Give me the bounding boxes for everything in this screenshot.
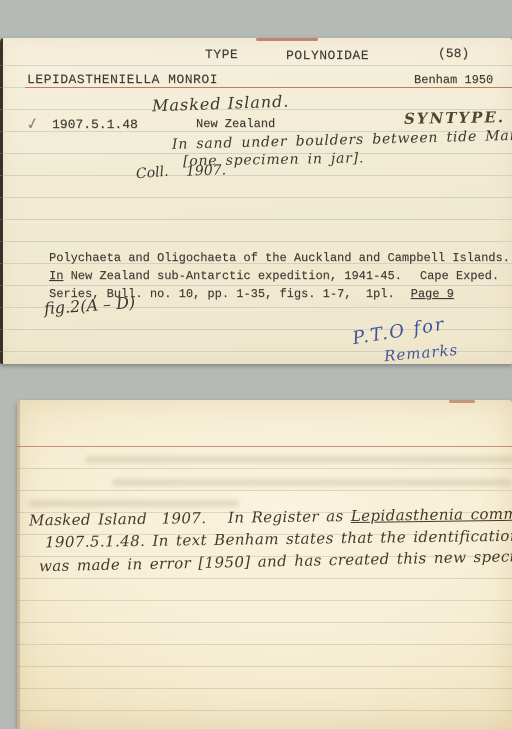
remark-line1-prefix: Masked Island 1907. In Register as <box>29 507 351 529</box>
handwritten-locality: Masked Island. <box>152 92 290 116</box>
family-name: POLYNOIDAE <box>286 48 369 63</box>
faint-pencil-note <box>29 500 239 507</box>
specimen-card-back: Masked Island 1907. In Register as Lepid… <box>17 400 512 729</box>
collection-year: 1907. <box>186 162 227 179</box>
red-header-rule <box>25 87 512 88</box>
red-header-rule <box>17 446 512 447</box>
card-left-edge-shadow <box>17 400 20 729</box>
reference-line2-rest: New Zealand sub-Antarctic expedition, 19… <box>63 269 401 283</box>
reference-line2: In New Zealand sub-Antarctic expedition,… <box>49 269 499 283</box>
reference-page: Page 9 <box>411 287 454 301</box>
remark-old-name: Lepidasthenia comma <box>351 505 512 525</box>
collector-label: Coll. <box>135 164 169 183</box>
red-edge-mark <box>449 400 475 403</box>
reference-line1: Polychaeta and Oligochaeta of the Auckla… <box>49 251 510 265</box>
remark-line2: 1907.5.1.48. In text Benham states that … <box>45 527 512 552</box>
pto-note-line2: Remarks <box>383 341 459 364</box>
type-status: SYNTYPE. <box>404 108 505 128</box>
habitat-note-line1: In sand under boulders between tide Mark… <box>172 127 512 153</box>
faint-pencil-note <box>112 479 512 486</box>
type-label: TYPE <box>205 47 238 62</box>
checkmark: ✓ <box>24 113 41 134</box>
specimen-card-front: TYPE POLYNOIDAE (58) LEPIDASTHENIELLA MO… <box>0 38 512 364</box>
reference-in: In <box>49 269 63 283</box>
species-name: LEPIDASTHENIELLA MONROI <box>27 72 218 87</box>
species-author: Benham 1950 <box>414 73 493 87</box>
reference-line2-tail: Cape Exped. <box>420 269 499 283</box>
card-number: (58) <box>438 46 469 61</box>
red-edge-mark <box>256 38 318 41</box>
faint-pencil-note <box>85 456 512 463</box>
card-left-edge-shadow <box>0 38 3 364</box>
scanned-cards-background: TYPE POLYNOIDAE (58) LEPIDASTHENIELLA MO… <box>0 0 512 729</box>
remark-line3: was made in error [1950] and has created… <box>39 547 512 576</box>
remark-line1: Masked Island 1907. In Register as Lepid… <box>29 504 512 529</box>
registration-number: 1907.5.1.48 <box>52 117 138 132</box>
country-typed: New Zealand <box>196 117 275 131</box>
